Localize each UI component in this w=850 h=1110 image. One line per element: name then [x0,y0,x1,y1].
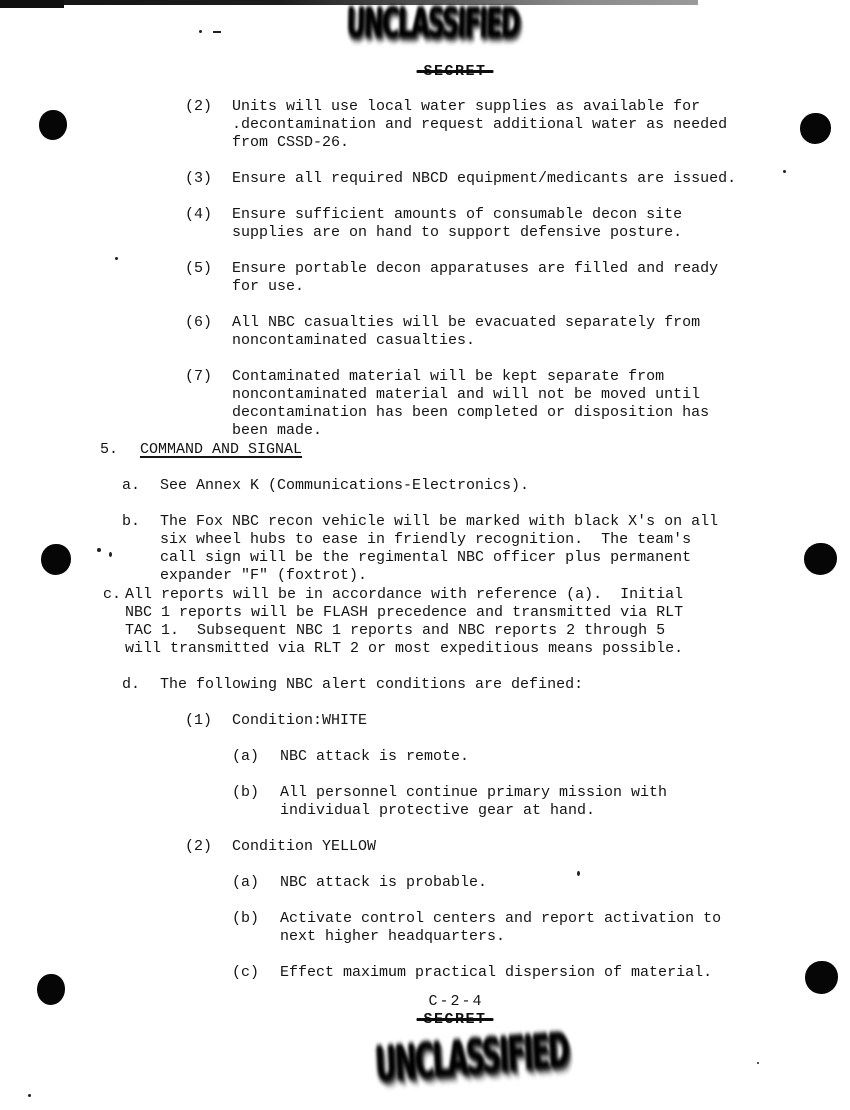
scan-noise [28,1094,31,1097]
scan-noise [97,548,101,552]
item-label: (7) [185,368,232,440]
scan-edge-artifact [0,0,64,8]
item-label: (3) [185,170,232,188]
list-item: a.See Annex K (Communications-Electronic… [0,477,844,495]
item-text: Effect maximum practical dispersion of m… [280,964,844,982]
item-label: (b) [232,784,280,820]
item-label: d. [122,676,160,694]
unclassified-stamp-bottom: UNCLASSIFIED UNCLASSIFIED [375,1034,569,1082]
list-item: (2)Units will use local water supplies a… [0,98,844,152]
hole-punch-dot [39,110,67,140]
stamp-smear: UNCLASSIFIED [377,1038,571,1086]
stamp-smear: UNCLASSIFIED [348,12,521,44]
hole-punch-dot [800,113,831,144]
scan-noise [109,552,112,557]
section-heading: 5.COMMAND AND SIGNAL [0,441,844,459]
hole-punch-dot [37,974,65,1005]
item-text: NBC attack is remote. [280,748,844,766]
scan-noise [577,871,580,876]
item-text: Ensure sufficient amounts of consumable … [232,206,844,242]
item-label: (1) [185,712,232,730]
item-text: Contaminated material will be kept separ… [232,368,844,440]
item-text: Ensure portable decon apparatuses are fi… [232,260,844,296]
item-text: See Annex K (Communications-Electronics)… [160,477,844,495]
list-item: b.The Fox NBC recon vehicle will be mark… [0,513,844,585]
item-label: (c) [232,964,280,982]
list-item: (a)NBC attack is probable. [0,874,844,892]
scan-noise [213,31,221,33]
hole-punch-dot [41,544,71,575]
strikethrough-line [416,70,493,73]
list-item: d.The following NBC alert conditions are… [0,676,844,694]
item-label: (2) [185,838,232,856]
list-item: (b)Activate control centers and report a… [0,910,844,946]
item-text: Ensure all required NBCD equipment/medic… [232,170,844,188]
condition-title: Condition:WHITE [232,712,844,730]
document-page: UNCLASSIFIED UNCLASSIFIED SECRET (2)Unit… [0,0,850,1110]
list-item: (6)All NBC casualties will be evacuated … [0,314,844,350]
section-title: COMMAND AND SIGNAL [140,441,844,459]
item-text: All reports will be in accordance with r… [125,586,844,658]
item-text: Activate control centers and report acti… [280,910,844,946]
section-number: 5. [100,441,140,459]
item-label: b. [122,513,160,585]
condition-title: Condition YELLOW [232,838,844,856]
list-item: (5)Ensure portable decon apparatuses are… [0,260,844,296]
item-label: (2) [185,98,232,152]
item-label: (a) [232,874,280,892]
condition-heading: (2)Condition YELLOW [0,838,844,856]
scan-noise [757,1062,759,1064]
list-item: (b)All personnel continue primary missio… [0,784,844,820]
item-text: All NBC casualties will be evacuated sep… [232,314,844,350]
item-text: The following NBC alert conditions are d… [160,676,844,694]
list-item: (3)Ensure all required NBCD equipment/me… [0,170,844,188]
list-item: (7)Contaminated material will be kept se… [0,368,844,440]
scan-noise [199,30,202,33]
hole-punch-dot [805,961,838,994]
list-item: (c)Effect maximum practical dispersion o… [0,964,844,982]
item-label: c. [103,586,125,658]
unclassified-stamp-top: UNCLASSIFIED UNCLASSIFIED [346,8,519,40]
item-text: Units will use local water supplies as a… [232,98,844,152]
item-text: All personnel continue primary mission w… [280,784,844,820]
item-label: (b) [232,910,280,946]
classification-marking-bottom: SECRET [423,1011,486,1029]
item-label: (5) [185,260,232,296]
page-number: C-2-4 [428,993,483,1011]
classification-marking-top: SECRET [423,63,486,81]
list-item: (a)NBC attack is remote. [0,748,844,766]
condition-heading: (1)Condition:WHITE [0,712,844,730]
scan-noise [115,257,118,260]
hole-punch-dot [804,543,837,575]
list-item: c.All reports will be in accordance with… [0,586,844,658]
item-text: The Fox NBC recon vehicle will be marked… [160,513,844,585]
item-text: NBC attack is probable. [280,874,844,892]
item-label: (a) [232,748,280,766]
scan-noise [783,170,786,173]
list-item: (4)Ensure sufficient amounts of consumab… [0,206,844,242]
item-label: (6) [185,314,232,350]
item-label: (4) [185,206,232,242]
item-label: a. [122,477,160,495]
strikethrough-line [416,1018,493,1021]
